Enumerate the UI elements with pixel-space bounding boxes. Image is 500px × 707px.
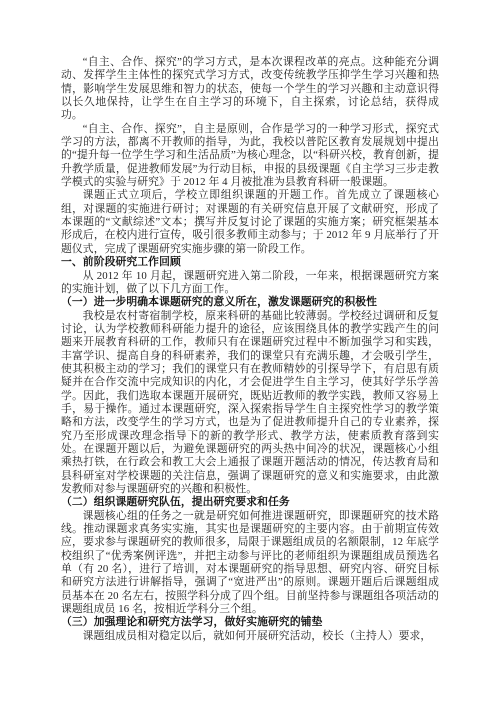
subsection-heading-3: （三）加强理论和研究方法学习，做好实施研究的铺垫	[61, 616, 439, 629]
document-content: “自主、合作、探究”的学习方式，是本次课程改革的亮点。这种能充分调动、发挥学生主…	[61, 56, 439, 643]
paragraph-intro-3: 课题正式立项后，学校立即组织课题的开题工作。首先成立了课题核心组，对课题的实施进…	[61, 189, 439, 256]
subsection-heading-2: （二）组织课题研究队伍，提出研究要求和任务	[61, 496, 439, 509]
paragraph-intro-1: “自主、合作、探究”的学习方式，是本次课程改革的亮点。这种能充分调动、发挥学生主…	[61, 56, 439, 123]
paragraph-subsection-2: 课题核心组的任务之一就是研究如何推进课题研究，即课题研究的技术路线。推动课题求真…	[61, 510, 439, 617]
subsection-heading-1: （一）进一步明确本课题研究的意义所在，激发课题研究的积极性	[61, 296, 439, 309]
document-page: “自主、合作、探究”的学习方式，是本次课程改革的亮点。这种能充分调动、发挥学生主…	[0, 0, 500, 707]
paragraph-subsection-1: 我校是农村寄宿制学校，原来科研的基础比较薄弱。学校经过调研和反复讨论，认为学校教…	[61, 310, 439, 497]
paragraph-review-intro: 从 2012 年 10 月起，课题研究进入第二阶段，一年来，根据课题研究方案的实…	[61, 270, 439, 297]
section-heading-review: 一、前阶段研究工作回顾	[61, 256, 439, 269]
paragraph-intro-2: “自主、合作、探究”，自主是原则，合作是学习的一种学习形式，探究式学习的方法，都…	[61, 123, 439, 190]
paragraph-subsection-3: 课题组成员相对稳定以后，就如何开展研究活动，校长（主持人）要求，	[61, 630, 439, 643]
